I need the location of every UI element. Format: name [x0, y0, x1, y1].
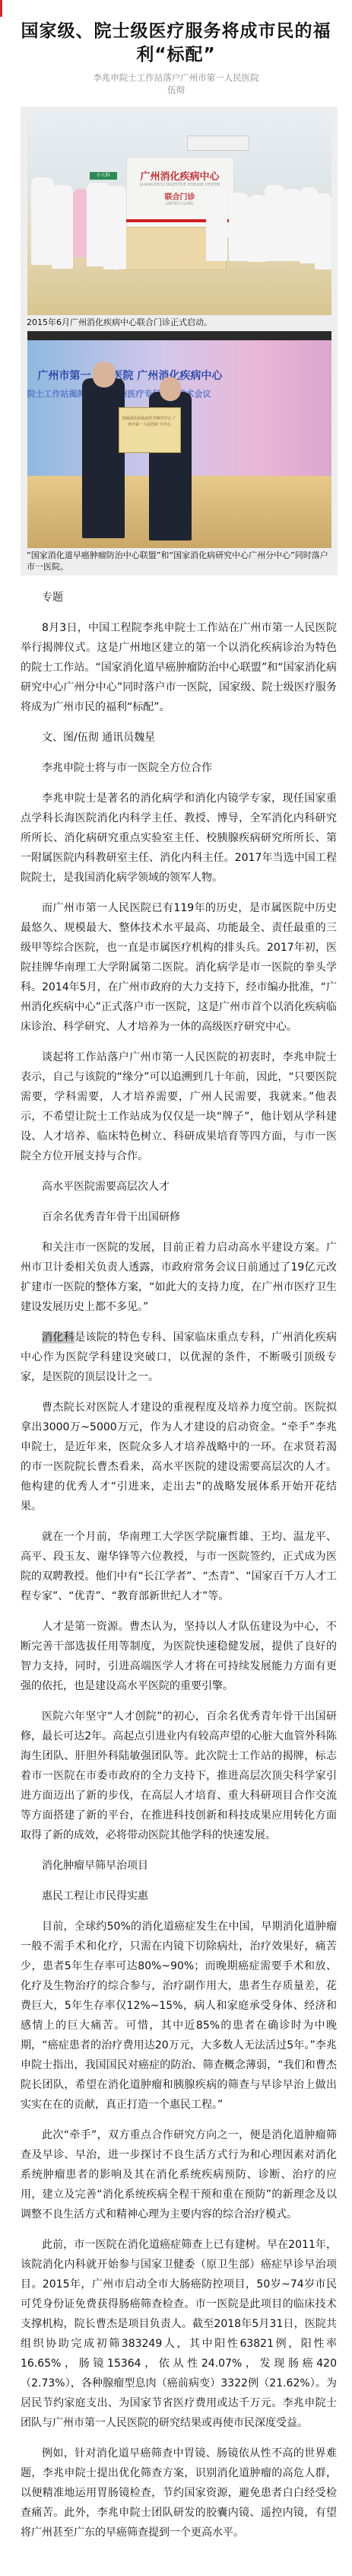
- subheading: 李兆申院士将与市一医院全方位合作: [21, 758, 337, 778]
- subheading: 消化肿瘤早筛早治项目: [21, 1856, 337, 1876]
- person: [315, 193, 331, 269]
- clinic-sign-en: GUANGZHOU DIGESTIVE DISEASE CENTER: [127, 183, 233, 187]
- person-left: [82, 378, 125, 538]
- paragraph: 医院六年坚守“人才创院”的初心，百余名优秀青年骨干出国研修，最长可达2年。高起点…: [21, 1707, 337, 1845]
- award-plaque: 国家消化病临床医学研究中心 广州市第一人民医院 分中心: [119, 407, 181, 453]
- paragraph: 谈起将工作站落户广州市第一人民医院的初衷时，李兆申院士表示，自己与该院的“缘分”…: [21, 1047, 337, 1166]
- person: [31, 177, 54, 265]
- person: [103, 186, 126, 269]
- photo-caption-1: 2015年6月广州消化疾病中心联合门诊正式启动。: [21, 315, 338, 328]
- subheading: 惠民工程让市民得实惠: [21, 1886, 337, 1906]
- paragraph: 目前，全球约50%的消化道癌症发生在中国，早期消化道肿瘤一般不需手术和化疗，只需…: [21, 1917, 337, 2115]
- paragraph: 8月3日，中国工程院李兆申院士工作站在广州市第一人民医院举行揭牌仪式。这是广州地…: [21, 618, 337, 717]
- person: [229, 193, 249, 261]
- article-subtitle: 李兆申院士工作站落户广州市第一人民医院: [0, 72, 352, 84]
- article-body: 专题 8月3日，中国工程院李兆申院士工作站在广州市第一人民医院举行揭牌仪式。这是…: [0, 588, 352, 2576]
- article-author: 伍彻: [0, 84, 352, 96]
- paragraph: 李兆申院士是著名的消化病学和消化内镜学专家，现任国家重点学科长海医院消化内科学主…: [21, 789, 337, 888]
- person: [248, 195, 266, 262]
- person: [52, 185, 73, 269]
- section-label: 专题: [21, 588, 337, 607]
- paragraph: 人才是第一资源。曹杰认为，坚持以人才队伍建设为中心，不断完善干部选拔任用等制度，…: [21, 1617, 337, 1696]
- paragraph: 例如，针对消化道早癌筛查中胃镜、肠镜依从性不高的世界难题，李兆申院士提出优化筛查…: [21, 2444, 337, 2543]
- paragraph: 曹杰院长对医院人才建设的重视程度及培养力度空前。医院拟拿出3000万~5000万…: [21, 1398, 337, 1516]
- person: [73, 189, 88, 257]
- screen-frame: [27, 331, 331, 340]
- paragraph: 此前，市一医院在消化道癌症筛查上已有建树。早在2011年，该院消化内科就开始参与…: [21, 2235, 337, 2433]
- byline: 文、图/伍彻 通讯员魏星: [21, 728, 337, 748]
- door-sign: 小儿科: [90, 172, 117, 180]
- photo-caption-2: “国家消化道早癌肿瘤防治中心联盟”和“国家消化病研究中心广州分中心”同时落户市一…: [21, 548, 338, 572]
- paragraph: 而广州市第一人民医院已有119年的历史，是市属医院中历史最悠久、规模最大、整体技…: [21, 898, 337, 1037]
- clinic-opening-photo: 广州消化疾病中心 GUANGZHOU DIGESTIVE DISEASE CEN…: [27, 113, 331, 315]
- photo-figure-box: 广州消化疾病中心 GUANGZHOU DIGESTIVE DISEASE CEN…: [21, 107, 338, 575]
- paragraph: 就在一个月前，华南理工大学医学院廉哲雄、王均、温龙平、高平、段玉友、谢华锋等六位…: [21, 1527, 337, 1606]
- highlighted-text[interactable]: 消化科: [42, 1331, 75, 1344]
- paragraph: 此次“牵手”，双方重点合作研究方向之一，便是消化道肿瘤筛查及早诊、早治，进一步探…: [21, 2125, 337, 2224]
- banner-line-1: 广州市第一人民医院 广州消化疾病中心: [38, 368, 223, 383]
- subheading: 百余名优秀青年骨干出国研修: [21, 1207, 337, 1227]
- clinic-sign-main: 广州消化疾病中心: [127, 168, 233, 183]
- subheading: 高水平医院需要高层次人才: [21, 1177, 337, 1197]
- plaque-text: 国家消化病临床医学研究中心 广州市第一人民医院 分中心: [119, 408, 180, 428]
- paragraph-with-highlight: 消化科是该院的特色专科、国家临床重点专科，广州消化疾病中心作为医院学科建设突破口…: [21, 1328, 337, 1387]
- person: [206, 189, 227, 261]
- paragraph: 和关注市一医院的发展，目前正着力启动高水平建设方案。广州市卫计委相关负责人透露，…: [21, 1238, 337, 1317]
- red-corner-accent: [0, 0, 2, 17]
- face-right: [160, 377, 181, 401]
- person: [265, 185, 284, 261]
- face-left: [93, 362, 116, 387]
- article-title: 国家级、院士级医疗服务将成市民的福利“标配”: [0, 0, 352, 67]
- person: [283, 189, 301, 261]
- ceiling-ac-unit: [187, 135, 249, 151]
- plaque-ceremony-photo: 广州市第一人民医院 广州消化疾病中心 院士工作站揭牌仪式暨广州医疗专科联盟学术会…: [27, 331, 331, 548]
